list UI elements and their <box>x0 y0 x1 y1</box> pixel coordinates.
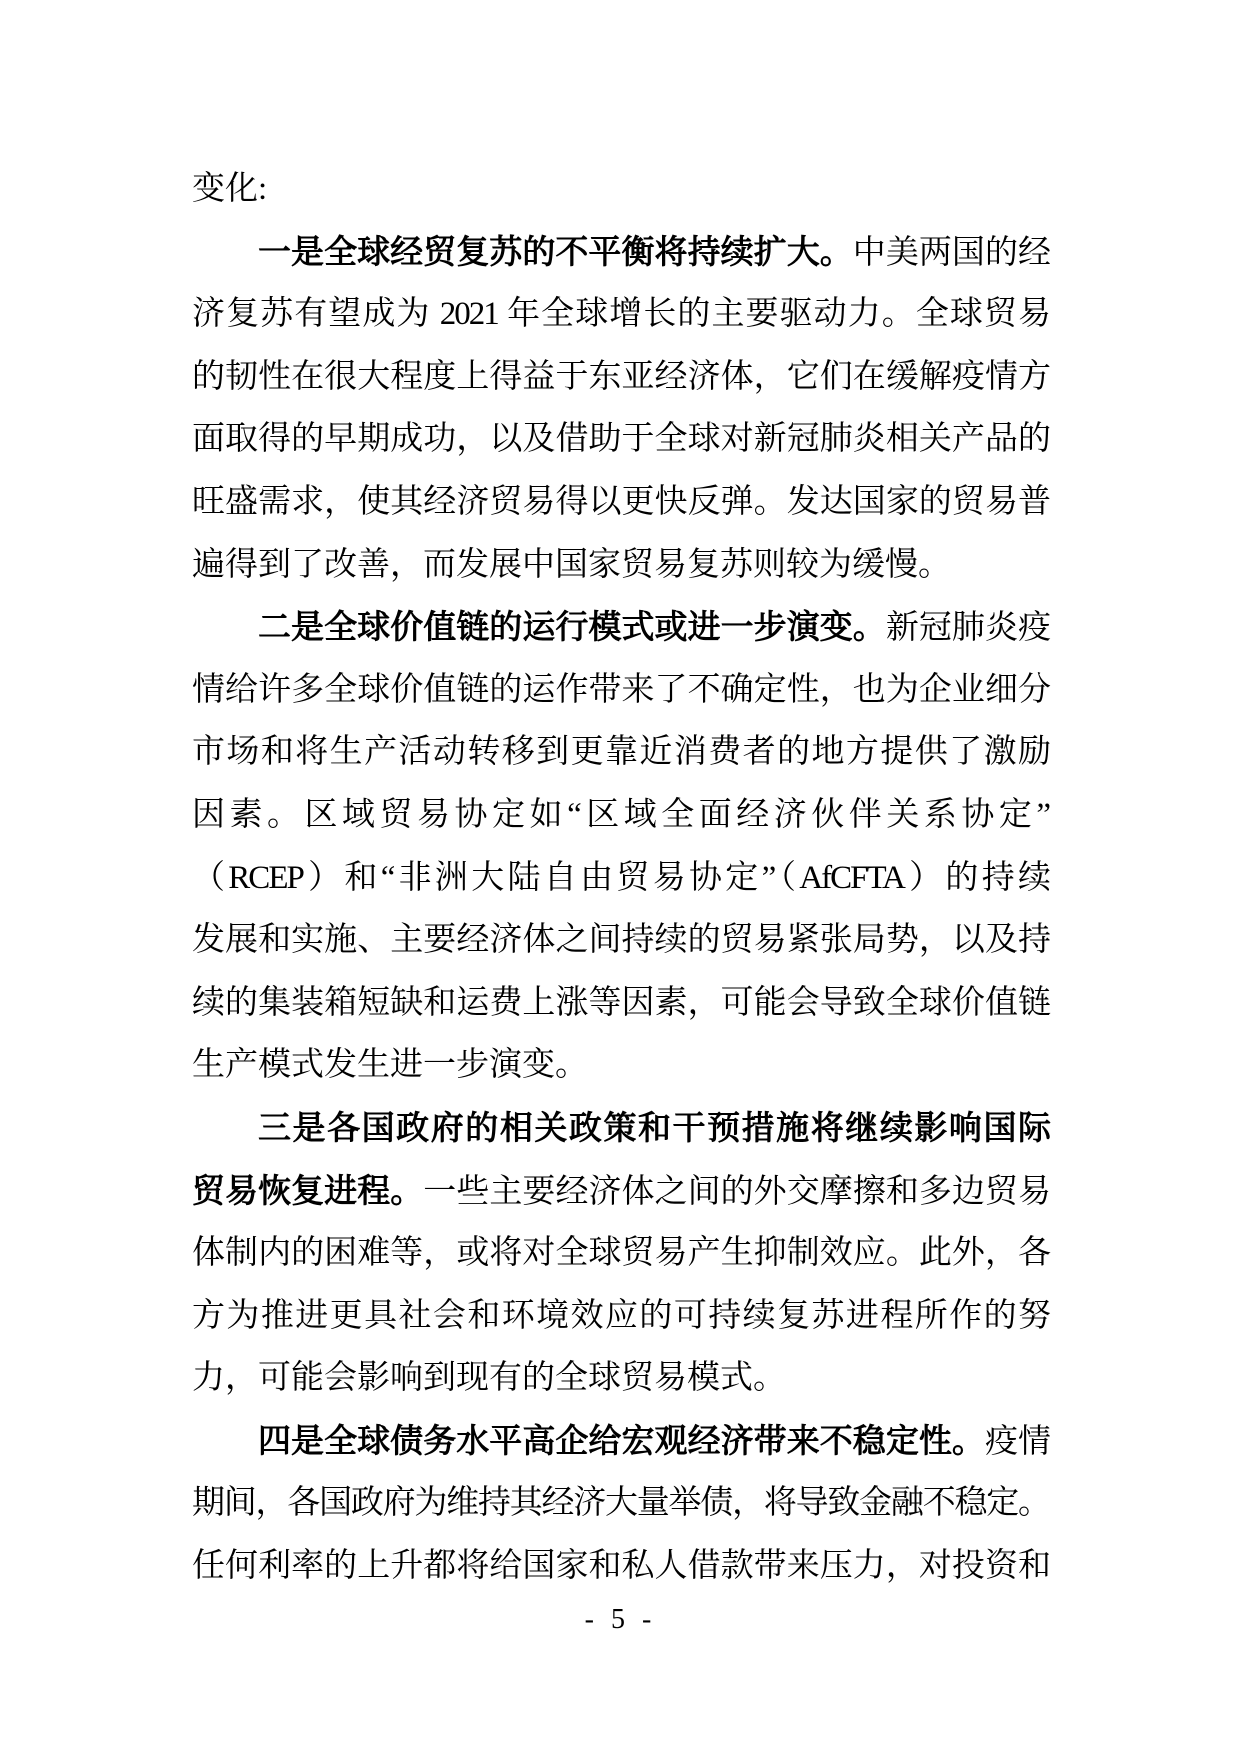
text-line: 面取得的早期成功，以及借助于全球对新冠肺炎相关产品的 <box>192 408 1049 471</box>
text-segment: 的韧性在很大程度上得益于东亚经济体，它们在缓解疫情方 <box>192 359 1049 395</box>
text-segment: 中美两国的经 <box>853 235 1049 271</box>
page-footer: - 5 - <box>0 1604 1241 1636</box>
text-line: 的韧性在很大程度上得益于东亚经济体，它们在缓解疫情方 <box>192 346 1049 409</box>
text-line: 贸易恢复进程。一些主要经济体之间的外交摩擦和多边贸易 <box>192 1160 1049 1223</box>
text-segment-bold: 二是全球价值链的运行模式或进一步演变。 <box>258 608 886 645</box>
text-segment: 一些主要经济体之间的外交摩擦和多边贸易 <box>423 1174 1049 1210</box>
text-line: 旺盛需求，使其经济贸易得以更快反弹。发达国家的贸易普 <box>192 471 1049 534</box>
text-segment-bold: 一是全球经贸复苏的不平衡将持续扩大。 <box>258 233 853 270</box>
text-line: 方为推进更具社会和环境效应的可持续复苏进程所作的努 <box>192 1285 1049 1348</box>
text-segment: 市场和将生产活动转移到更靠近消费者的地方提供了激励 <box>192 734 1049 770</box>
text-segment-bold: 贸易恢复进程。 <box>192 1172 423 1209</box>
text-segment-bold: 四是全球债务水平高企给宏观经济带来不稳定性。 <box>258 1422 985 1459</box>
text-segment: 新冠肺炎疫 <box>886 610 1049 646</box>
text-line: （RCEP）和“非洲大陆自由贸易协定”（AfCFTA）的持续 <box>192 847 1049 910</box>
text-segment: 情给许多全球价值链的运作带来了不确定性，也为企业细分 <box>192 672 1049 708</box>
text-line: 因素。区域贸易协定如“区域全面经济伙伴关系协定” <box>192 784 1049 847</box>
text-line: 生产模式发生进一步演变。 <box>192 1034 1049 1097</box>
text-line: 发展和实施、主要经济体之间持续的贸易紧张局势，以及持 <box>192 909 1049 972</box>
text-segment: （RCEP）和“非洲大陆自由贸易协定”（AfCFTA）的持续 <box>192 860 1049 896</box>
text-line: 济复苏有望成为 2021 年全球增长的主要驱动力。全球贸易 <box>192 283 1049 346</box>
page-number: - 5 - <box>585 1604 657 1635</box>
text-line: 变化: <box>192 158 1049 221</box>
text-line: 任何利率的上升都将给国家和私人借款带来压力，对投资和 <box>192 1535 1049 1598</box>
text-line: 遍得到了改善，而发展中国家贸易复苏则较为缓慢。 <box>192 534 1049 597</box>
text-segment: 旺盛需求，使其经济贸易得以更快反弹。发达国家的贸易普 <box>192 484 1049 520</box>
text-segment: 任何利率的上升都将给国家和私人借款带来压力，对投资和 <box>192 1548 1049 1584</box>
text-line: 期间，各国政府为维持其经济大量举债，将导致金融不稳定。 <box>192 1472 1049 1535</box>
text-segment: 期间，各国政府为维持其经济大量举债，将导致金融不稳定。 <box>192 1485 1049 1521</box>
text-line: 市场和将生产活动转移到更靠近消费者的地方提供了激励 <box>192 721 1049 784</box>
document-body: 变化:一是全球经贸复苏的不平衡将持续扩大。中美两国的经济复苏有望成为 2021 … <box>192 158 1049 1598</box>
text-segment-bold: 三是各国政府的相关政策和干预措施将继续影响国际 <box>258 1109 1049 1146</box>
text-line: 续的集装箱短缺和运费上涨等因素，可能会导致全球价值链 <box>192 972 1049 1035</box>
text-segment: 因素。区域贸易协定如“区域全面经济伙伴关系协定” <box>192 797 1049 833</box>
document-page: 变化:一是全球经贸复苏的不平衡将持续扩大。中美两国的经济复苏有望成为 2021 … <box>0 0 1241 1754</box>
text-segment: 发展和实施、主要经济体之间持续的贸易紧张局势，以及持 <box>192 922 1049 958</box>
text-segment: 生产模式发生进一步演变。 <box>192 1047 588 1083</box>
text-segment: 力，可能会影响到现有的全球贸易模式。 <box>192 1360 786 1396</box>
text-segment: 遍得到了改善，而发展中国家贸易复苏则较为缓慢。 <box>192 547 951 583</box>
text-line: 情给许多全球价值链的运作带来了不确定性，也为企业细分 <box>192 659 1049 722</box>
text-segment: 济复苏有望成为 2021 年全球增长的主要驱动力。全球贸易 <box>192 296 1049 332</box>
text-segment: 续的集装箱短缺和运费上涨等因素，可能会导致全球价值链 <box>192 985 1049 1021</box>
text-segment: 变化: <box>192 171 267 207</box>
text-line: 一是全球经贸复苏的不平衡将持续扩大。中美两国的经 <box>192 221 1049 284</box>
text-segment: 方为推进更具社会和环境效应的可持续复苏进程所作的努 <box>192 1298 1049 1334</box>
text-line: 体制内的困难等，或将对全球贸易产生抑制效应。此外，各 <box>192 1222 1049 1285</box>
text-segment: 疫情 <box>985 1424 1049 1460</box>
text-line: 二是全球价值链的运行模式或进一步演变。新冠肺炎疫 <box>192 596 1049 659</box>
text-segment: 面取得的早期成功，以及借助于全球对新冠肺炎相关产品的 <box>192 421 1049 457</box>
text-segment: 体制内的困难等，或将对全球贸易产生抑制效应。此外，各 <box>192 1235 1049 1271</box>
text-line: 三是各国政府的相关政策和干预措施将继续影响国际 <box>192 1097 1049 1160</box>
text-line: 四是全球债务水平高企给宏观经济带来不稳定性。疫情 <box>192 1410 1049 1473</box>
text-line: 力，可能会影响到现有的全球贸易模式。 <box>192 1347 1049 1410</box>
